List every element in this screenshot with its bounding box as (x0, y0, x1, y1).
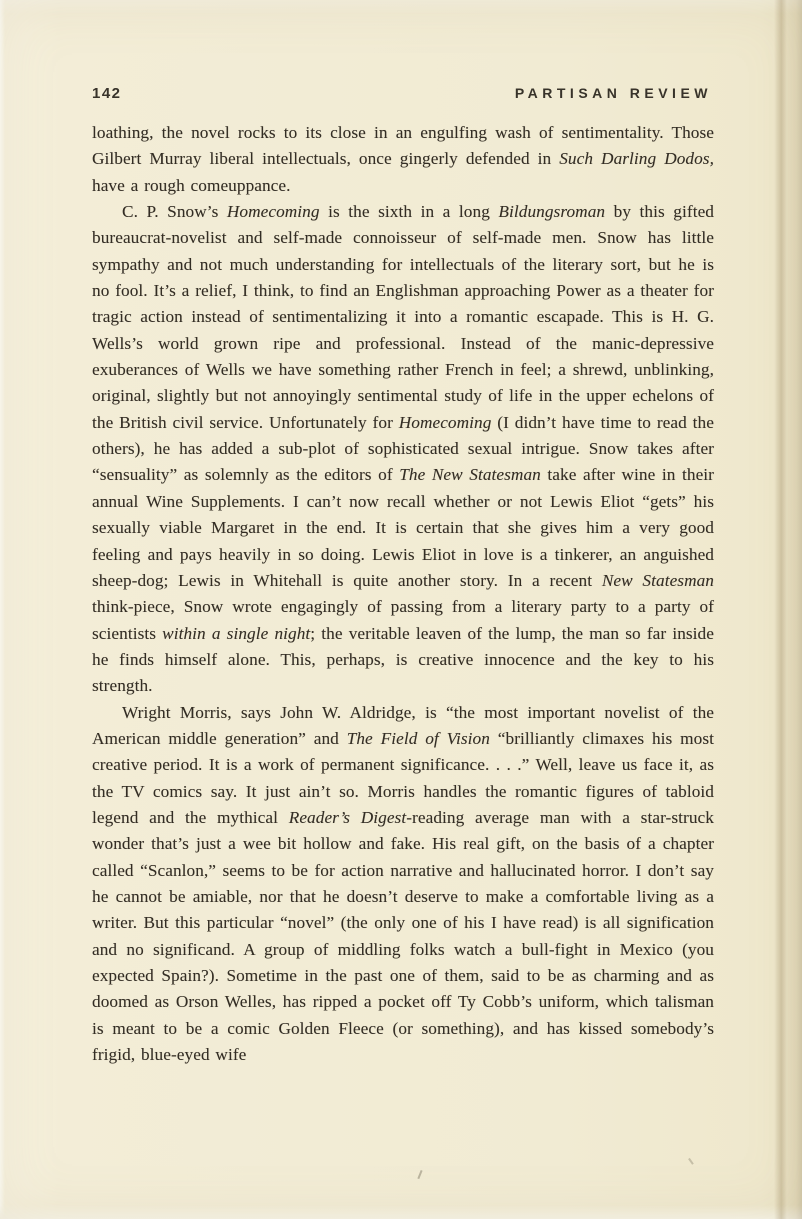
italic-text-run: Homecoming (227, 202, 320, 221)
italic-text-run: Bildungsroman (498, 202, 605, 221)
scan-speck (688, 1158, 693, 1165)
text-run: have a rough comeuppance. (92, 176, 291, 195)
scan-speck (417, 1170, 422, 1179)
text-run: -reading average man with a star-struck … (92, 808, 714, 1064)
scan-edge-bottom (0, 1205, 802, 1219)
text-block: loathing, the novel rocks to its close i… (92, 120, 714, 1068)
paragraph: Wright Morris, says John W. Aldridge, is… (92, 700, 714, 1069)
italic-text-run: New Statesman (602, 571, 714, 590)
italic-text-run: Such Darling Dodos, (559, 149, 714, 168)
italic-text-run: The New Statesman (399, 465, 541, 484)
journal-title: PARTISAN REVIEW (515, 85, 712, 101)
italic-text-run: Reader’s Digest (289, 808, 406, 827)
page-header: 142 PARTISAN REVIEW (92, 85, 712, 102)
text-run: by this gifted bureaucrat-novelist and s… (92, 202, 714, 432)
italic-text-run: Homecoming (399, 413, 492, 432)
text-run: is the sixth in a long (320, 202, 499, 221)
scanned-page: 142 PARTISAN REVIEW loathing, the novel … (0, 0, 802, 1219)
italic-text-run: within a single night (162, 624, 310, 643)
paragraph: C. P. Snow’s Homecoming is the sixth in … (92, 199, 714, 700)
paragraph: loathing, the novel rocks to its close i… (92, 120, 714, 199)
scan-edge-left (0, 0, 5, 1219)
page-number: 142 (92, 85, 122, 102)
italic-text-run: The Field of Vision (347, 729, 490, 748)
page-fold-shadow (774, 0, 802, 1219)
text-run: C. P. Snow’s (122, 202, 227, 221)
